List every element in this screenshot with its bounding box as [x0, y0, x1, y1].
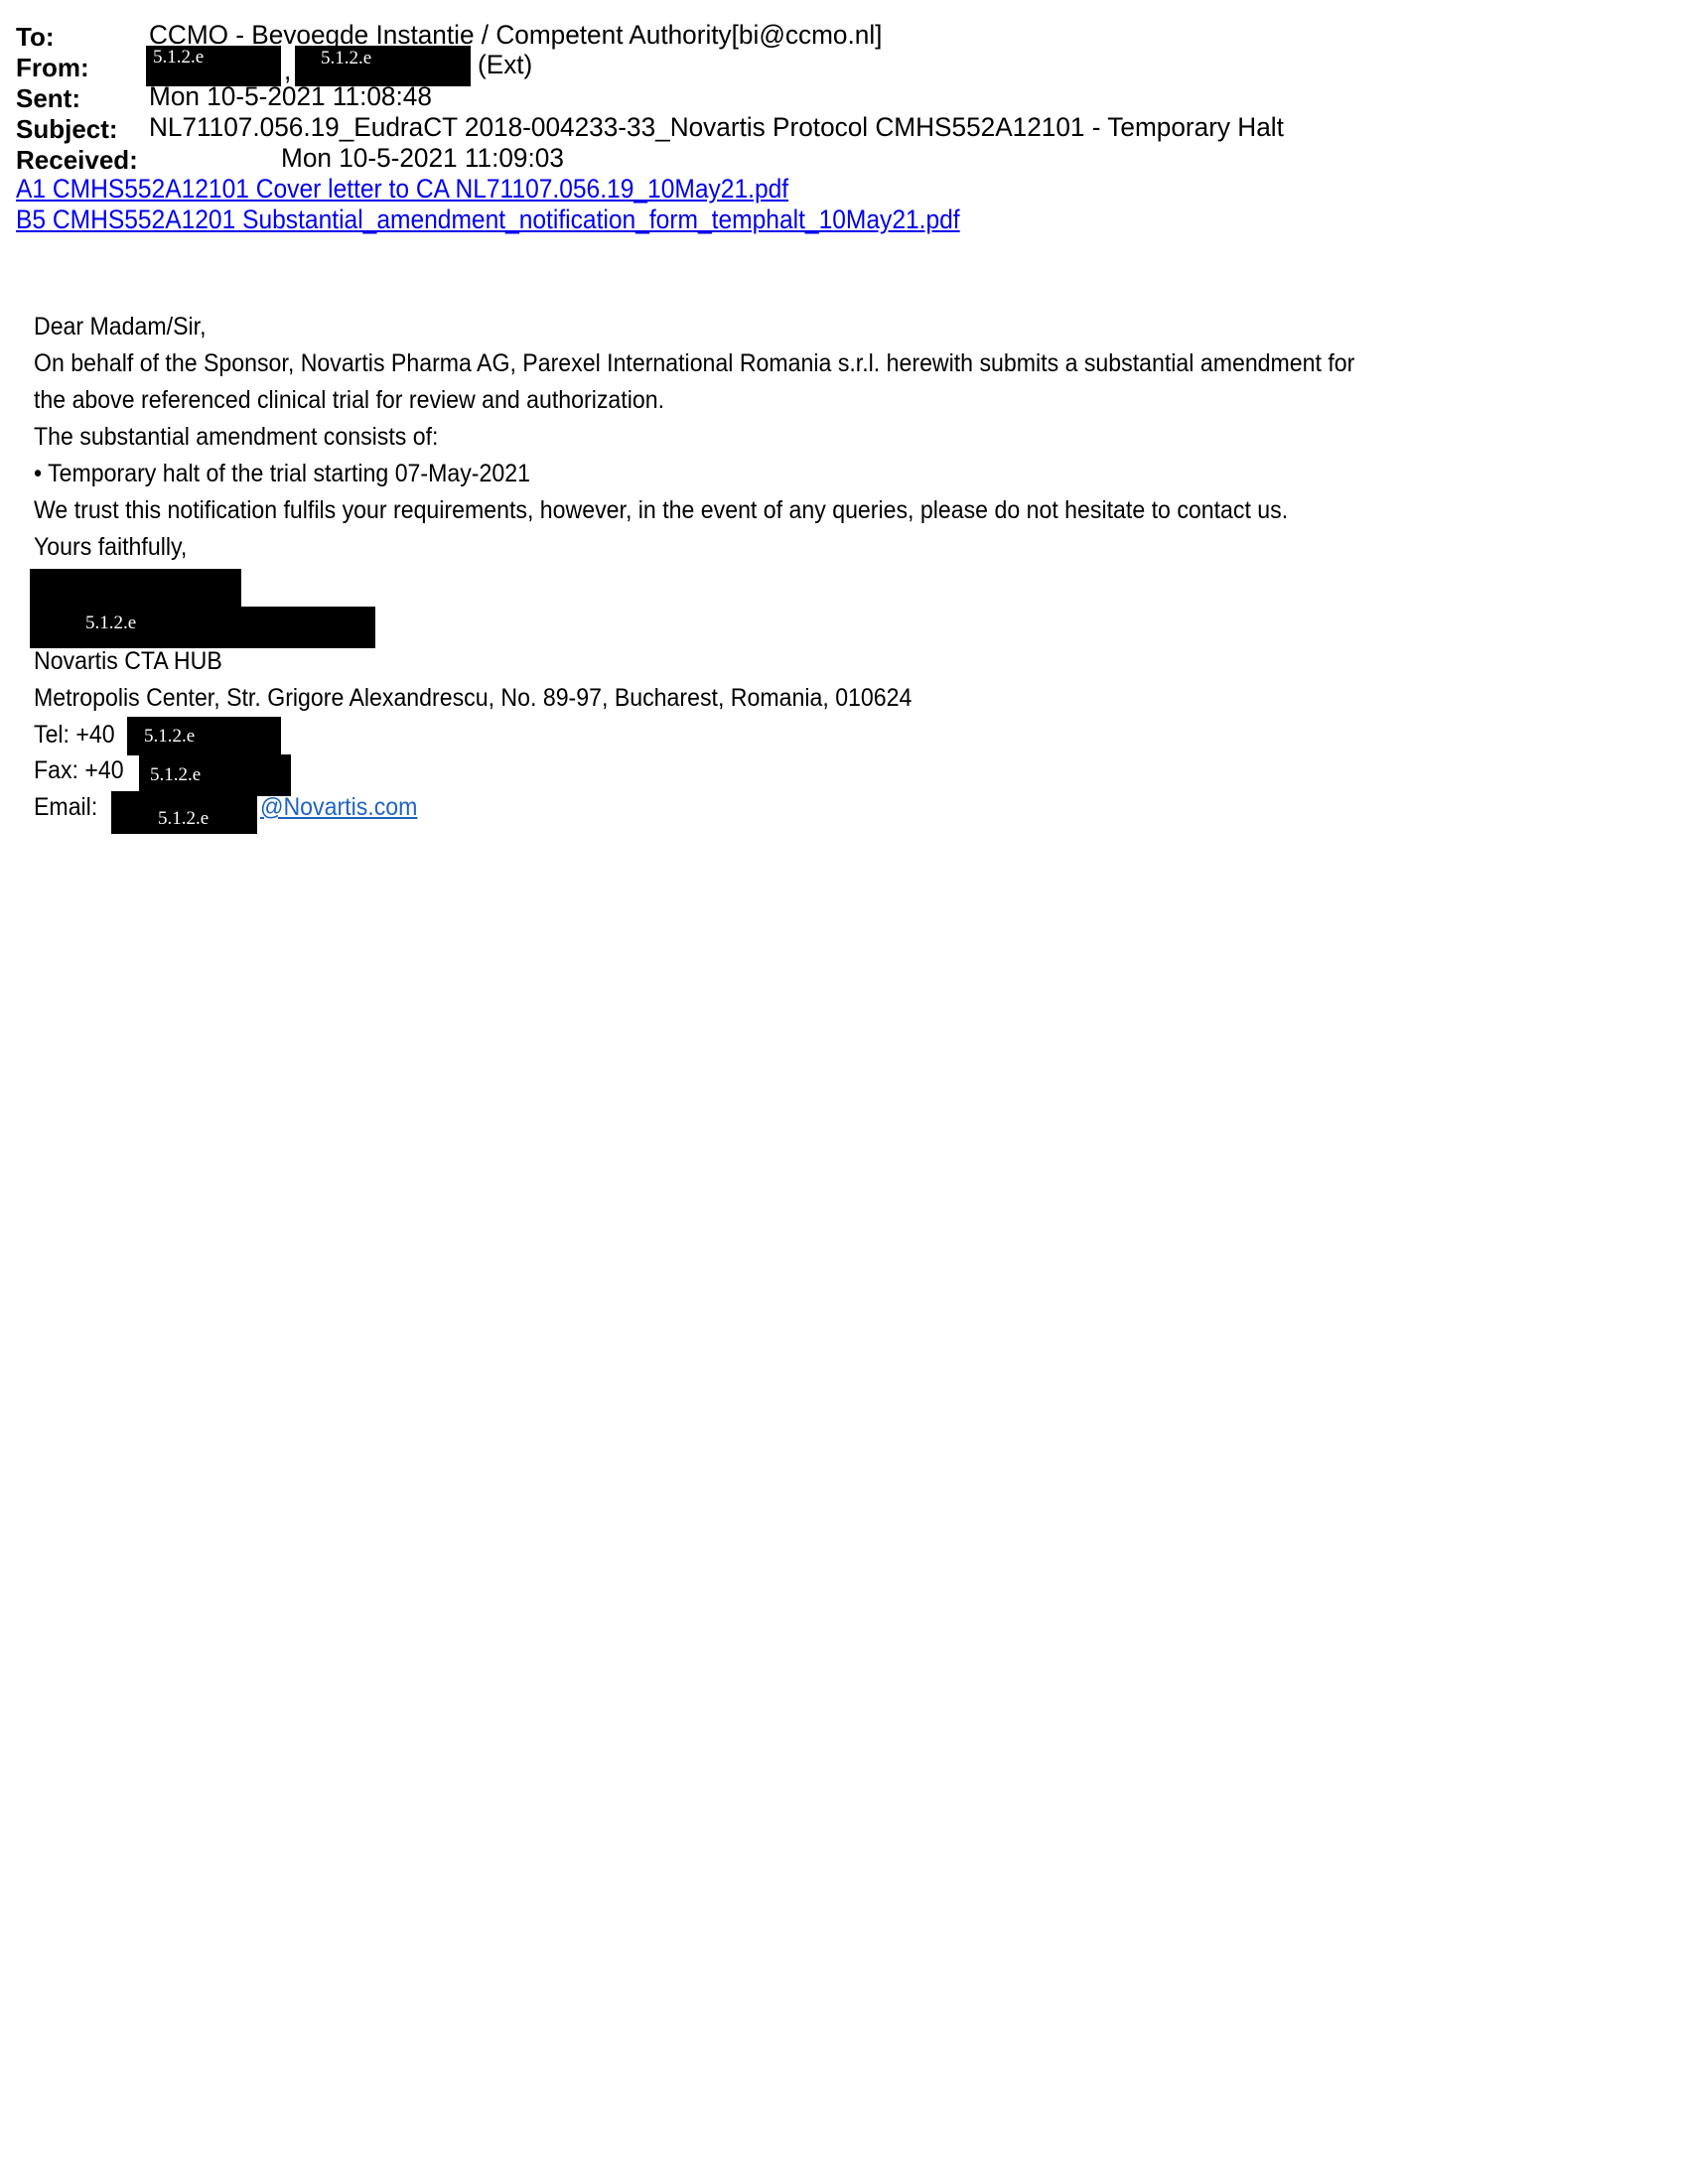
sign-off: Yours faithfully,	[34, 529, 187, 566]
email-domain-link[interactable]: @Novartis.com	[260, 789, 417, 826]
email-label: Email:	[34, 789, 97, 826]
subject-label: Subject:	[16, 114, 118, 145]
signature-name-redaction: 5.1.2.e	[30, 569, 241, 648]
greeting: Dear Madam/Sir,	[34, 309, 206, 345]
attachment-link-cover-letter[interactable]: A1 CMHS552A12101 Cover letter to CA NL71…	[16, 174, 788, 205]
tel-number-redaction: 5.1.2.e	[127, 717, 281, 755]
from-label: From:	[16, 53, 89, 83]
body-paragraph-line-1: On behalf of the Sponsor, Novartis Pharm…	[34, 345, 1354, 382]
body-paragraph-line-2: the above referenced clinical trial for …	[34, 382, 664, 419]
from-name-redaction-2: 5.1.2.e	[295, 46, 471, 86]
tel-label: Tel: +40	[34, 717, 115, 753]
email-domain-link-text[interactable]: @Novartis.com	[260, 793, 417, 821]
received-value: Mon 10-5-2021 11:09:03	[281, 143, 564, 174]
attachment-link-amendment-form[interactable]: B5 CMHS552A1201 Substantial_amendment_no…	[16, 205, 960, 235]
from-name-redaction-1: 5.1.2.e	[146, 46, 281, 86]
email-printout: To: CCMO - Bevoegde Instantie / Competen…	[0, 0, 1688, 2184]
redaction-code: 5.1.2.e	[153, 48, 204, 67]
signature-org: Novartis CTA HUB	[34, 643, 222, 680]
amendment-intro: The substantial amendment consists of:	[34, 419, 438, 456]
received-label: Received:	[16, 145, 138, 176]
closing-text: We trust this notification fulfils your …	[34, 492, 1288, 529]
fax-label: Fax: +40	[34, 752, 124, 789]
redaction-code: 5.1.2.e	[321, 49, 371, 68]
signature-title-redaction	[241, 607, 375, 648]
redaction-code: 5.1.2.e	[144, 727, 195, 746]
from-ext-tag: (Ext)	[478, 50, 532, 80]
redaction-code: 5.1.2.e	[85, 614, 136, 632]
redaction-code: 5.1.2.e	[158, 809, 209, 828]
subject-value: NL71107.056.19_EudraCT 2018-004233-33_No…	[149, 112, 1284, 143]
signature-address: Metropolis Center, Str. Grigore Alexandr…	[34, 680, 912, 717]
sent-value: Mon 10-5-2021 11:08:48	[149, 81, 432, 112]
to-label: To:	[16, 22, 55, 53]
redaction-code: 5.1.2.e	[150, 765, 201, 784]
amendment-bullet-item: • Temporary halt of the trial starting 0…	[34, 456, 530, 492]
email-user-redaction: 5.1.2.e	[111, 791, 257, 834]
sent-label: Sent:	[16, 83, 80, 114]
